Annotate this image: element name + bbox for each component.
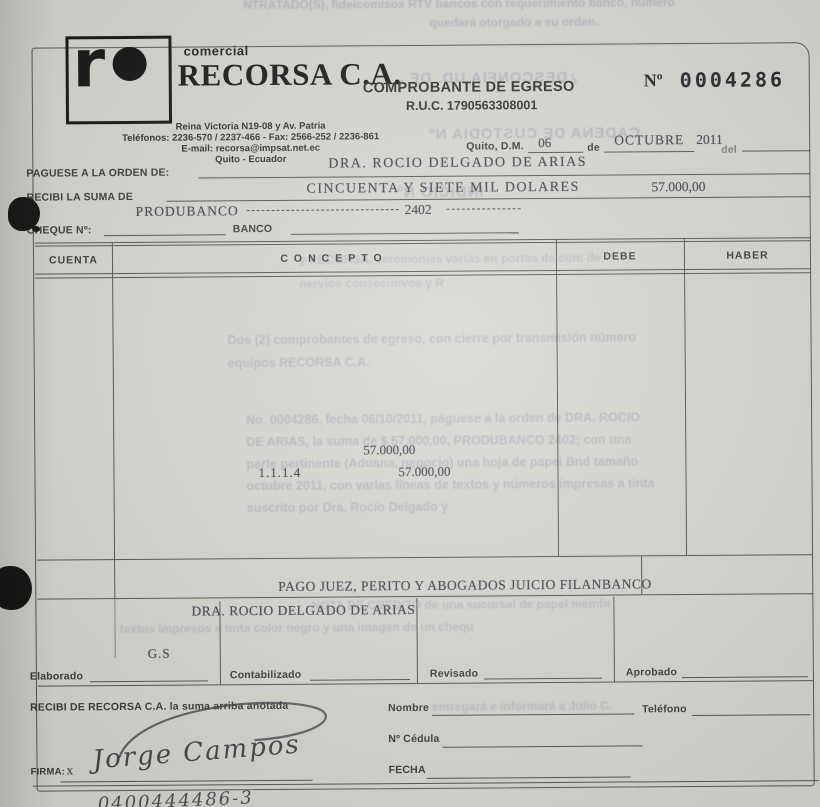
date-de-label: de xyxy=(587,142,600,154)
approval-initials: G.S xyxy=(148,646,171,662)
approval-contabilizado-label: Contabilizado xyxy=(230,669,302,681)
sum-amount: 57.000,00 xyxy=(651,179,705,195)
cheque-typed-value: 2402 xyxy=(405,202,432,218)
table-amount-1: 57.000,00 xyxy=(363,442,415,458)
sum-words: CINCUENTA Y SIETE MIL DOLARES xyxy=(306,180,579,198)
date-month-value: OCTUBRE xyxy=(614,132,684,148)
col-header-debe: DEBE xyxy=(556,250,684,263)
firma-label: FIRMA: xyxy=(31,766,66,777)
ink-blob-top-speck xyxy=(32,226,40,232)
doc-number: 0004286 xyxy=(680,67,785,92)
date-day-value: 06 xyxy=(538,135,551,151)
paper-sheet: NTRATADO(S), fideicomisos RTV bancos con… xyxy=(0,0,820,807)
telefono-label: Teléfono xyxy=(642,703,687,715)
concept-line-2: DRA. ROCIO DELGADO DE ARIAS xyxy=(191,602,415,620)
approval-elaborado-label: Elaborado xyxy=(30,670,83,682)
payee-value: DRA. ROCIO DELGADO DE ARIAS xyxy=(328,155,587,173)
col-header-cuenta: CUENTA xyxy=(35,254,112,267)
payee-label: PAGUESE A LA ORDEN DE: xyxy=(26,167,169,180)
nombre-label: Nombre xyxy=(388,702,429,714)
bank-typed-value: PRODUBANCO xyxy=(136,203,239,220)
banco-label: BANCO xyxy=(233,223,273,235)
fecha-label: FECHA xyxy=(389,764,426,776)
date-del-label: del xyxy=(721,144,737,156)
scanned-voucher-page: NTRATADO(S), fideicomisos RTV bancos con… xyxy=(0,0,820,807)
doc-title: COMPROBANTE DE EGRESO xyxy=(363,79,575,96)
table-amount-2: 57.000,00 xyxy=(398,464,450,480)
approval-revisado-label: Revisado xyxy=(430,668,478,680)
logo-dot-icon xyxy=(113,47,147,81)
firma-x-mark: x xyxy=(66,762,73,778)
bleedthrough-text: NTRATADO(S), fideicomisos RTV bancos con… xyxy=(243,0,675,12)
table-account-code: 1.1.1.4 xyxy=(258,465,301,481)
bleedthrough-text: quedará otorgado a su orden. xyxy=(429,15,598,30)
logo-letter: r xyxy=(72,25,105,102)
doc-ruc: R.U.C. 1790563308001 xyxy=(406,98,537,113)
sum-label: RECIBI LA SUMA DE xyxy=(27,191,134,204)
date-year-value: 2011 xyxy=(696,132,723,148)
concept-line-1: PAGO JUEZ, PERITO Y ABOGADOS JUICIO FILA… xyxy=(278,576,652,595)
doc-number-label: Nº xyxy=(644,70,663,91)
col-header-haber: HABER xyxy=(684,249,811,262)
date-city-label: Quito, D.M. xyxy=(466,140,524,152)
company-logo: r xyxy=(65,36,172,125)
cedula-label: Nº Cédula xyxy=(388,733,439,745)
approval-aprobado-label: Aprobado xyxy=(626,666,677,678)
